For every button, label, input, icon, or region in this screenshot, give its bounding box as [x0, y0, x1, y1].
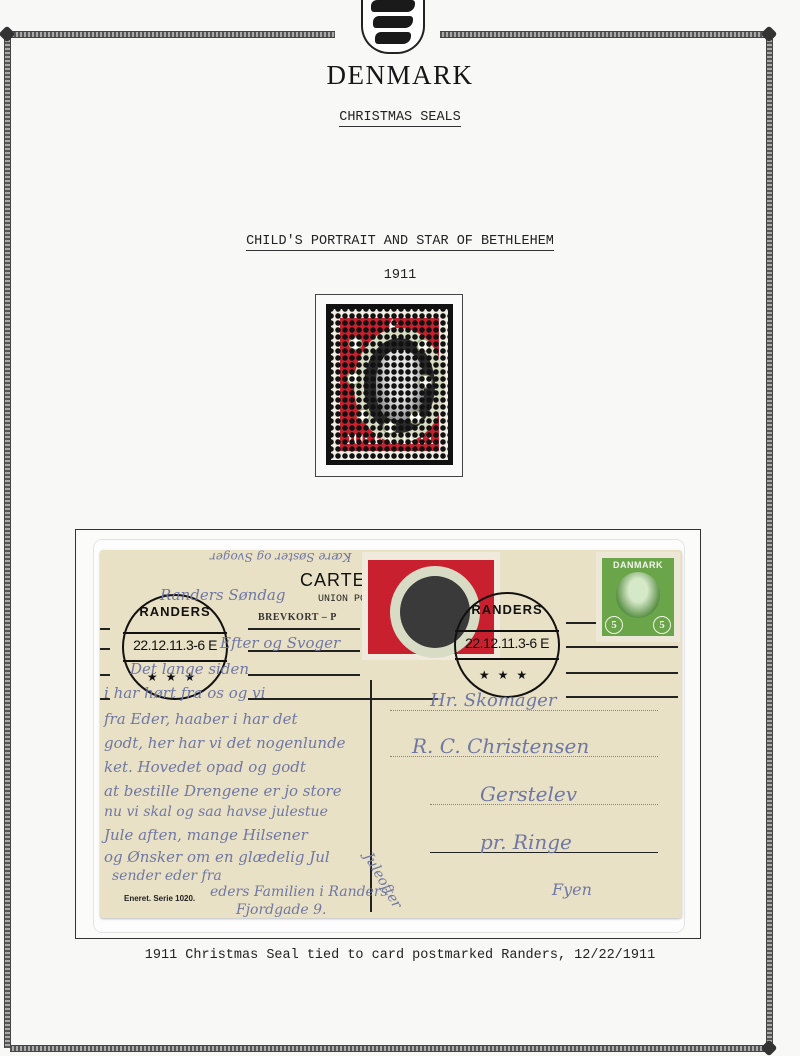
handwriting-message: i har hørt fra os og vi: [104, 684, 265, 702]
section-title-text: CHRISTMAS SEALS: [339, 110, 461, 127]
postcard-caption: 1911 Christmas Seal tied to card postmar…: [0, 948, 800, 963]
handwriting-message: Kære Søster og Svoger: [210, 550, 351, 564]
frame-top-left: [10, 31, 335, 38]
flower-icon: [348, 373, 359, 384]
handwriting-margin-note: Juleofter: [360, 850, 405, 911]
handwriting-message: at bestille Drengene er jo store: [104, 782, 342, 800]
item-heading-text: CHILD'S PORTRAIT AND STAR OF BETHLEHEM: [246, 234, 554, 251]
printed-publisher: Eneret. Serie 1020.: [124, 894, 195, 903]
cancel-line: [100, 648, 110, 650]
item-year: 1911: [0, 268, 800, 283]
album-page: DENMARK CHRISTMAS SEALS CHILD'S PORTRAIT…: [0, 0, 800, 1056]
postmark-town: RANDERS: [456, 602, 558, 617]
postcard-mount: CARTE UNION POSTALE BREVKORT – P Eneret.…: [75, 529, 701, 939]
handwriting-address: Gerstelev: [480, 782, 577, 806]
handwriting-address: Hr. Skomager: [430, 690, 556, 711]
stamp-country: DANMARK: [602, 560, 674, 570]
frame-bottom: [10, 1045, 772, 1052]
child-portrait: [376, 350, 424, 420]
cancel-line: [100, 674, 110, 676]
flower-icon: [410, 412, 421, 423]
seal-inscription: JULEN 1911: [340, 431, 439, 447]
handwriting-message: sender eder fra: [112, 868, 222, 884]
country-title: DENMARK: [0, 60, 800, 91]
cancel-line: [100, 628, 110, 630]
frame-top-right: [440, 31, 770, 38]
flower-wreath: [354, 328, 445, 443]
postmark-town: RANDERS: [124, 604, 226, 619]
stamp-design: DANMARK 5 5: [602, 558, 674, 636]
handwriting-address: R. C. Christensen: [412, 734, 589, 758]
cancel-line: [248, 674, 360, 676]
postmark: RANDERS 22.12.11.3-6 E ★★★: [454, 592, 560, 698]
handwriting-address: pr. Ringe: [480, 830, 572, 854]
stamp-value: 5: [653, 616, 671, 634]
printed-carte: CARTE: [300, 570, 366, 591]
handwriting-message: godt, her har vi det nogenlunde: [104, 734, 346, 752]
cancel-line: [566, 672, 678, 674]
handwriting-message: ket. Hovedet opad og godt: [104, 758, 306, 776]
handwriting-message: Fjordgade 9.: [236, 902, 327, 918]
handwriting-address: Fyen: [552, 880, 592, 899]
printed-brevkort: BREVKORT – P: [258, 612, 337, 623]
item-heading: CHILD'S PORTRAIT AND STAR OF BETHLEHEM: [0, 234, 800, 249]
cancel-line: [566, 696, 678, 698]
handwriting-message: Det lange siden: [130, 660, 249, 678]
handwriting-message: Randers Søndag: [160, 586, 285, 604]
handwriting-message: og Ønsker om en glædelig Jul: [104, 848, 330, 866]
cancel-line: [248, 628, 360, 630]
handwriting-message: Efter og Svoger: [220, 634, 340, 652]
seal-mount-backing: ★ JULEN 1911: [326, 304, 453, 465]
flower-icon: [420, 376, 431, 387]
postcard: CARTE UNION POSTALE BREVKORT – P Eneret.…: [100, 550, 682, 918]
christmas-seal: ★ JULEN 1911: [331, 309, 448, 460]
seal-mount: ★ JULEN 1911: [315, 294, 463, 477]
corner-ornament-icon: [761, 26, 778, 43]
handwriting-message: Jule aften, mange Hilsener: [104, 826, 308, 844]
frame-left: [4, 36, 11, 1048]
postmark-stars-icon: ★★★: [456, 668, 558, 683]
cancel-line: [566, 646, 678, 648]
handwriting-message: nu vi skal og saa havse julestue: [104, 804, 328, 820]
postmark-date: 22.12.11.3-6 E: [124, 637, 226, 653]
cancel-line: [248, 698, 438, 700]
handwriting-message: fra Eder, haaber i har det: [104, 710, 298, 728]
corner-ornament-icon: [0, 26, 15, 43]
postmark-date: 22.12.11.3-6 E: [456, 635, 558, 651]
corner-ornament-icon: [761, 1040, 778, 1056]
section-title: CHRISTMAS SEALS: [0, 110, 800, 125]
king-portrait: [616, 572, 660, 618]
handwriting-message: eders Familien i Randers: [210, 884, 388, 900]
frame-right: [766, 36, 773, 1048]
stamp-value: 5: [605, 616, 623, 634]
seal-red-frame: ★ JULEN 1911: [340, 318, 439, 451]
flower-icon: [418, 340, 429, 351]
flower-icon: [358, 410, 369, 421]
postage-stamp: DANMARK 5 5: [596, 552, 680, 642]
coat-of-arms-icon: [361, 0, 425, 54]
flower-icon: [350, 338, 361, 349]
